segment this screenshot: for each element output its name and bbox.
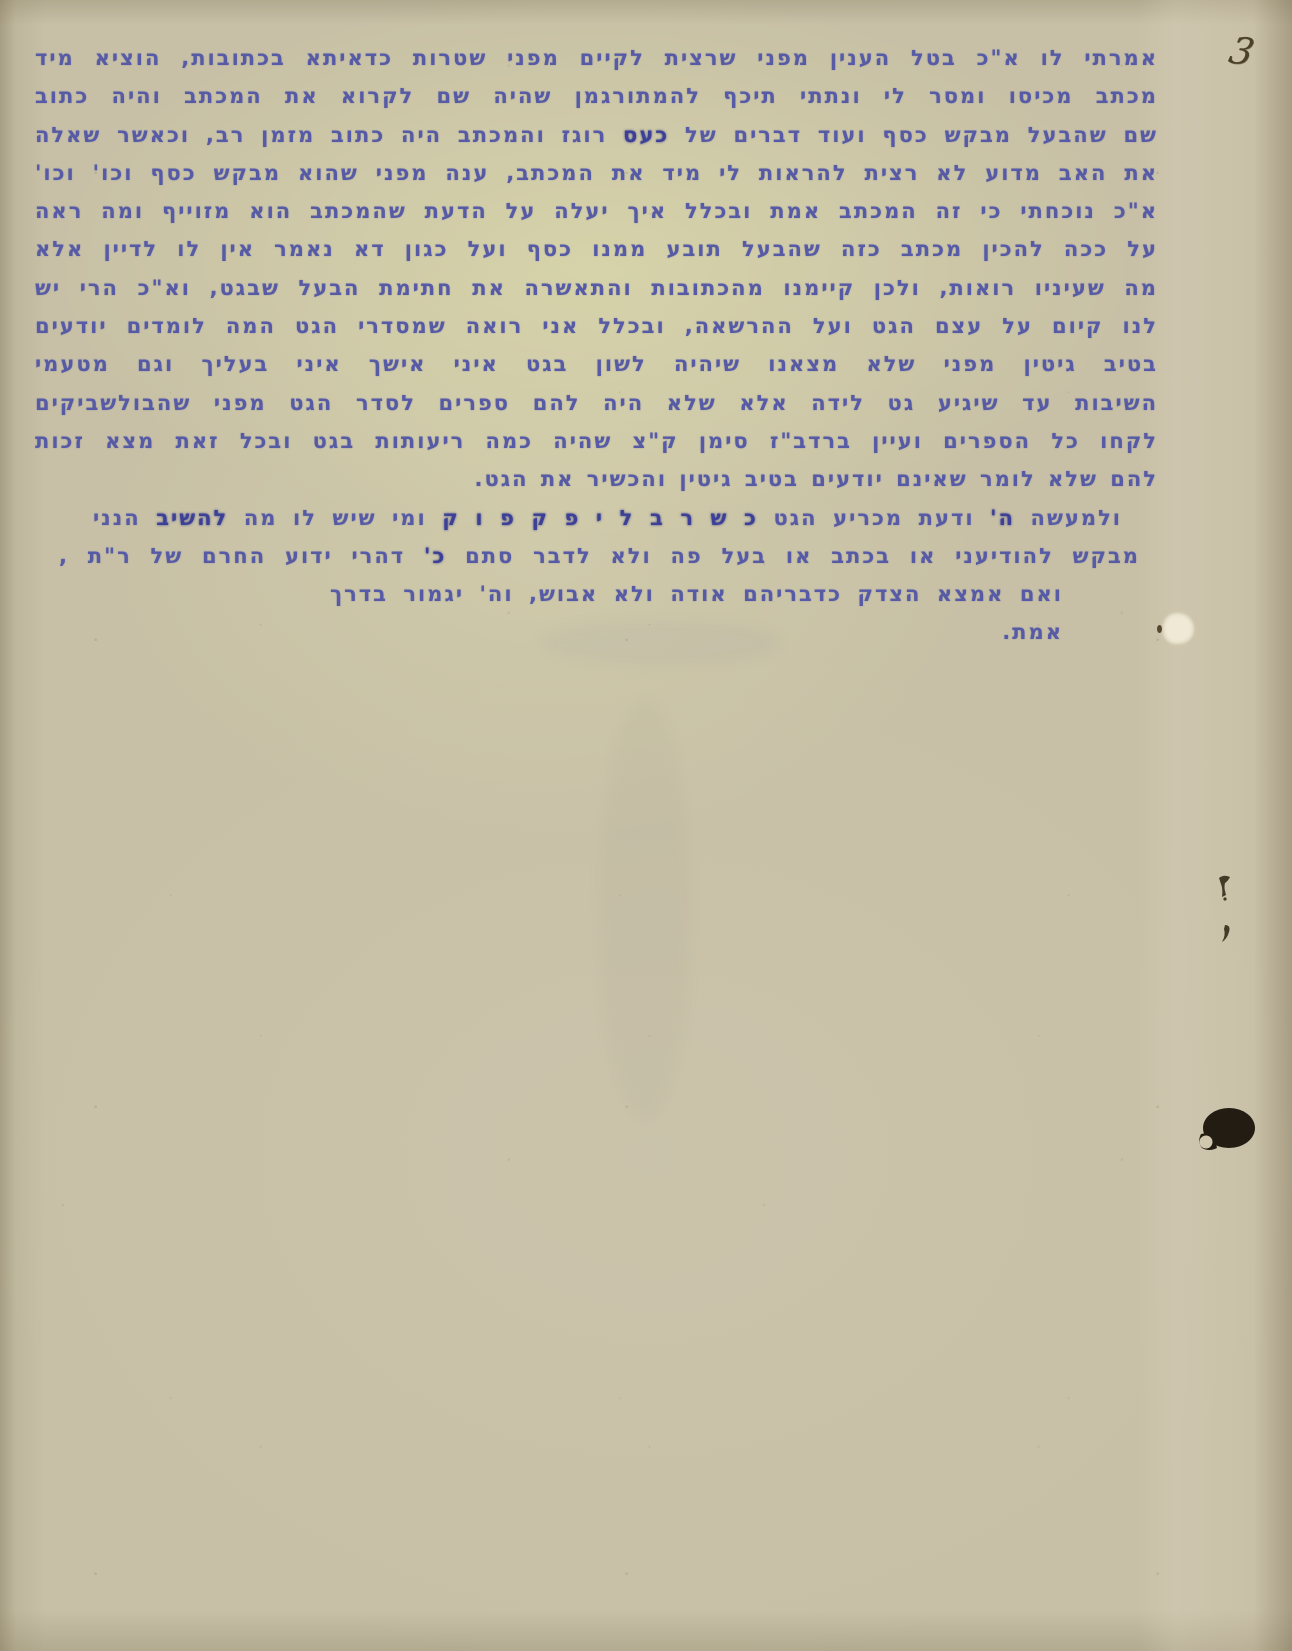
typewritten-text: השיבות עד שיגיע גט לידה אלא שלא היה להם …	[35, 391, 1158, 415]
torn-hole-icon	[1162, 612, 1195, 645]
typewritten-text: בטיב גיטין מפני שלא מצאנו שיהיה לשון בגט…	[35, 352, 1158, 376]
ghost-smudge	[540, 620, 780, 666]
text-line-5: א"כ נוכחתי כי זה המכתב אמת ובכלל איך יעל…	[35, 192, 1158, 230]
typewritten-text: לקחו כל הספרים ועיין ברדב"ז סימן ק"צ שהי…	[35, 429, 1158, 453]
typewritten-text: ומי שיש לו מה	[228, 506, 442, 530]
typewritten-text: ודעת מכריע הגט	[758, 506, 990, 530]
typewritten-text: הנני	[93, 506, 156, 530]
text-line-1: אמרתי לו א"כ בטל הענין מפני שרצית לקיים …	[35, 39, 1158, 77]
paper-speck	[1157, 625, 1162, 633]
page-number: 3	[1225, 29, 1258, 74]
text-line-13: ולמעשה ה' ודעת מכריע הגט כ ש ר ב ל י פ ק…	[35, 499, 1158, 537]
typewritten-text: מבקש להודיעני או בכתב או בעל פה ולא לדבר…	[446, 544, 1140, 568]
typewritten-text: ולמעשה	[1015, 506, 1122, 530]
letter-body: אמרתי לו א"כ בטל הענין מפני שרצית לקיים …	[35, 39, 1158, 613]
pen-comma-icon	[1221, 924, 1233, 944]
typewritten-text: לנו קיום על עצם הגט ועל ההרשאה, ובכלל אנ…	[35, 314, 1158, 338]
text-line-3: שם שהבעל מבקש כסף ועוד דברים של כעס רוגז…	[35, 116, 1158, 154]
text-line-15: ואם אמצא הצדק כדבריהם אודה ולא אבוש, וה'…	[35, 575, 1158, 613]
overstruck-text: להשיב	[156, 506, 228, 530]
overstruck-text: ה'	[990, 506, 1015, 530]
ink-blot-icon	[1193, 1106, 1257, 1156]
text-line-10: השיבות עד שיגיע גט לידה אלא שלא היה להם …	[35, 384, 1158, 422]
text-line-2: מכתב מכיסו ומסר לי ונתתי תיכף להמתורגמן …	[35, 77, 1158, 115]
text-line-4: את האב מדוע לא רצית להראות לי מיד את המכ…	[35, 154, 1158, 192]
typewritten-text: רוגז והמכתב היה כתוב מזמן רב, וכאשר שאלה	[35, 123, 623, 147]
typewritten-text: מה שעיניו רואות, ולכן קיימנו מהכתובות וה…	[35, 276, 1158, 300]
overstruck-text: כ ש ר ב ל י פ ק פ ו ק	[442, 506, 758, 530]
typewritten-text: דהרי ידוע החרם של ר"ת ,	[59, 544, 424, 568]
text-line-9: בטיב גיטין מפני שלא מצאנו שיהיה לשון בגט…	[35, 345, 1158, 383]
scanned-letter-page: { "page": { "number": "3", "kind": "scan…	[0, 0, 1292, 1651]
text-line-12: להם שלא לומר שאינם יודעים בטיב גיטין והכ…	[35, 460, 1158, 498]
typewritten-text: את האב מדוע לא רצית להראות לי מיד את המכ…	[35, 161, 1158, 185]
text-line-8: לנו קיום על עצם הגט ועל ההרשאה, ובכלל אנ…	[35, 307, 1158, 345]
text-line-14: מבקש להודיעני או בכתב או בעל פה ולא לדבר…	[35, 537, 1158, 575]
typewritten-text: א"כ נוכחתי כי זה המכתב אמת ובכלל איך יעל…	[35, 199, 1158, 223]
typewritten-text: שם שהבעל מבקש כסף ועוד דברים של	[669, 123, 1158, 147]
typewritten-text: מכתב מכיסו ומסר לי ונתתי תיכף להמתורגמן …	[35, 84, 1158, 108]
typewritten-text: על ככה להכין מכתב כזה שהבעל תובע ממנו כס…	[35, 237, 1158, 261]
overstruck-text: כ'	[424, 544, 446, 568]
overstruck-text: כעס	[623, 123, 669, 147]
typewritten-text: להם שלא לומר שאינם יודעים בטיב גיטין והכ…	[474, 467, 1158, 491]
pen-squiggle-icon	[1216, 874, 1234, 902]
ghost-smudge	[600, 700, 690, 1120]
text-line-6: על ככה להכין מכתב כזה שהבעל תובע ממנו כס…	[35, 230, 1158, 268]
text-line-7: מה שעיניו רואות, ולכן קיימנו מהכתובות וה…	[35, 269, 1158, 307]
typewritten-text: ואם אמצא הצדק כדבריהם אודה ולא אבוש, וה'…	[330, 582, 1063, 644]
text-line-11: לקחו כל הספרים ועיין ברדב"ז סימן ק"צ שהי…	[35, 422, 1158, 460]
typewritten-text: אמרתי לו א"כ בטל הענין מפני שרצית לקיים …	[35, 46, 1158, 70]
